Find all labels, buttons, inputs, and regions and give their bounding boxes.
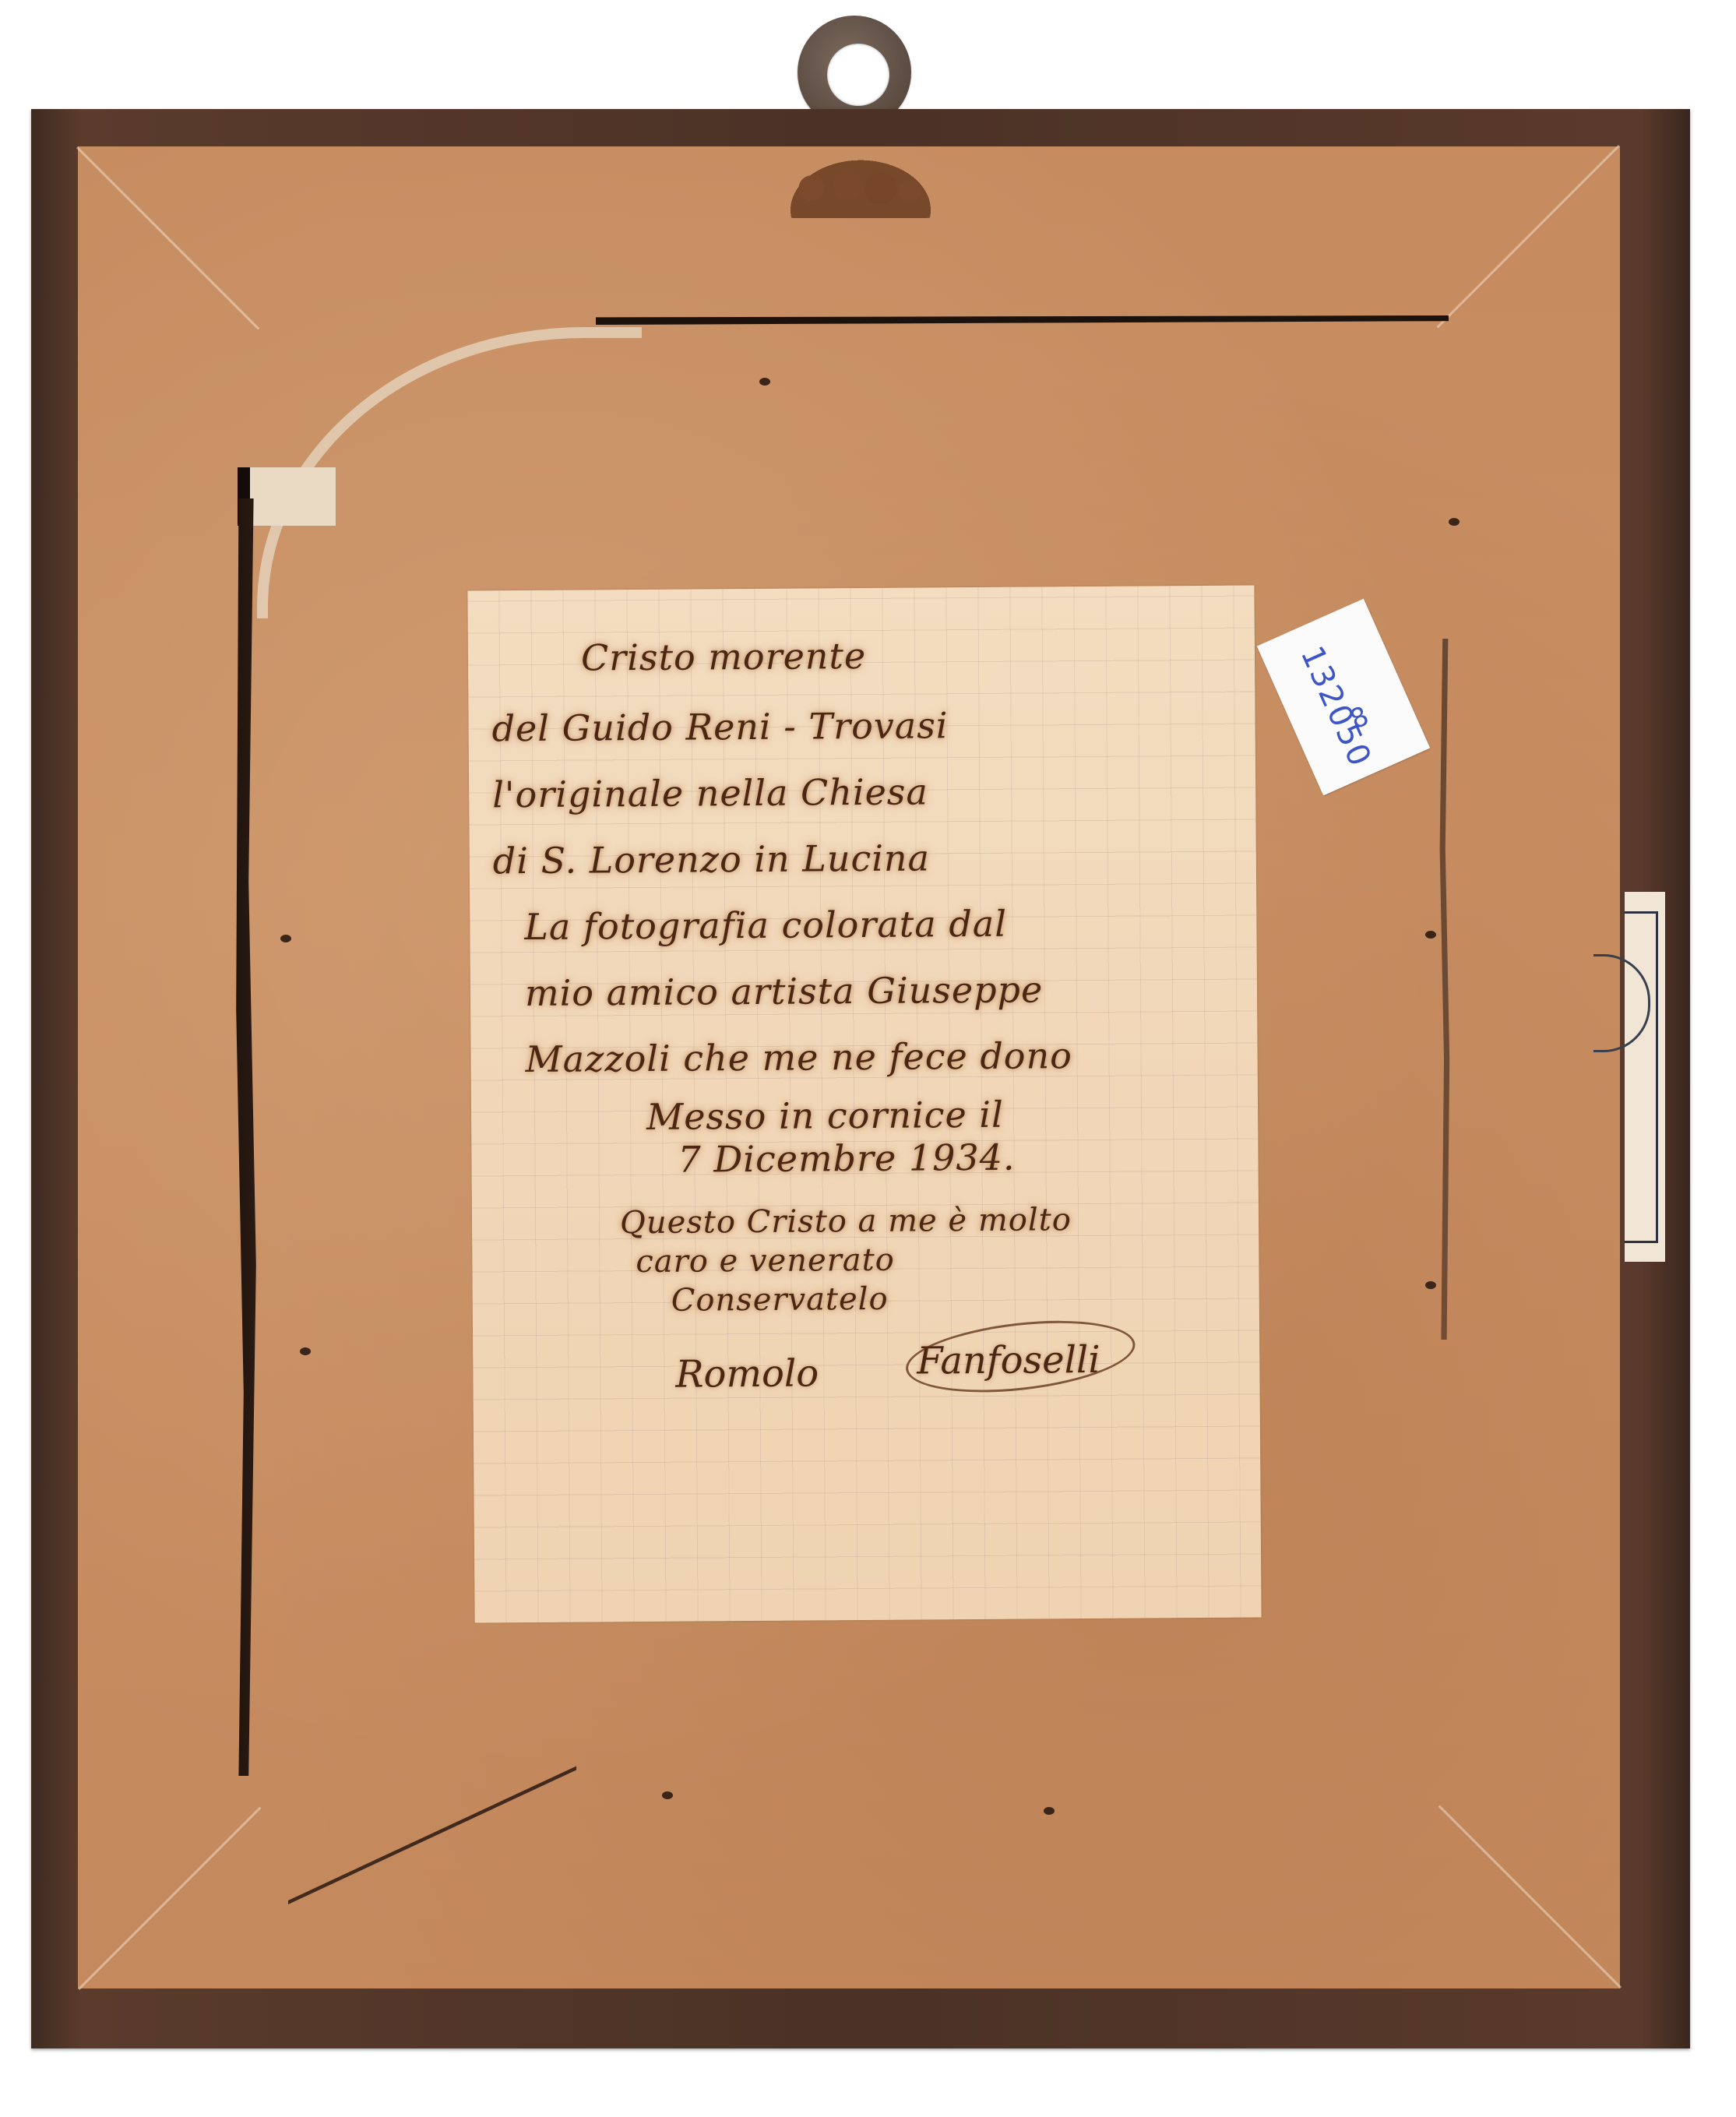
corner-crease-top-right [1437,145,1620,328]
note-line: caro e venerato [636,1242,895,1280]
note-line: di S. Lorenzo in Lucina [493,837,931,882]
note-line: mio amico artista Giuseppe [525,968,1044,1014]
nail-icon [300,1347,311,1355]
nail-icon [662,1791,673,1799]
nail-icon [1044,1807,1055,1815]
handwritten-note: Cristo morente del Guido Reni - Trovasi … [467,585,1261,1622]
nail-icon [1425,931,1436,939]
hanger-hole [827,44,889,106]
note-line: Mazzoli che me ne fece dono [525,1034,1072,1080]
note-line: Questo Cristo a me è molto [620,1202,1072,1241]
nail-icon [280,935,291,942]
corner-crease-top-left [76,146,259,329]
nail-icon [1449,518,1460,526]
note-line: Messo in cornice il [646,1094,1004,1138]
corner-crease-bottom-left [78,1807,261,1990]
corner-crease-bottom-right [1438,1805,1622,1988]
note-line-title: Cristo morente [581,635,867,679]
note-line-date: 7 Dicembre 1934. [678,1136,1015,1181]
note-line: l'originale nella Chiesa [492,770,928,815]
side-printed-label [1625,892,1665,1262]
glue-stains [779,152,942,218]
note-line: del Guido Reni - Trovasi [491,704,948,749]
nail-icon [1425,1281,1436,1289]
note-line: Conservatelo [671,1281,889,1319]
signature-first-name: Romolo [675,1351,819,1396]
signature-flourish [902,1310,1139,1402]
inventory-number: 132050 [1294,641,1379,773]
note-line: La fotografia colorata dal [524,903,1007,948]
nail-icon [759,378,770,386]
label-border [1625,911,1658,1243]
